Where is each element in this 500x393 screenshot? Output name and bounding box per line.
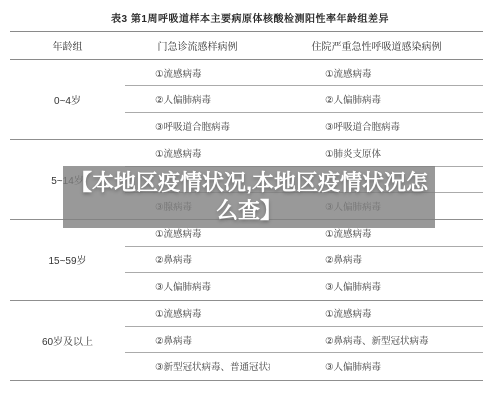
table-cell: ③人偏肺病毒 — [125, 273, 270, 299]
page-title: 表3 第1周呼吸道样本主要病原体核酸检测阳性率年龄组差异 — [0, 10, 500, 25]
table-cell: ③呼吸道合胞病毒 — [125, 113, 270, 139]
age-group-label: 15~59岁 — [10, 220, 125, 299]
age-group-block-15-59: 15~59岁 ①流感病毒 ①流感病毒 ②鼻病毒 ②鼻病毒 ③人偏肺病毒 ③人偏肺… — [10, 220, 483, 300]
table-cell: ②人偏肺病毒 — [270, 86, 483, 112]
table-cell: ①肺炎支原体 — [270, 140, 483, 166]
table-cell: ②鼻病毒、新型冠状病毒 — [270, 327, 483, 353]
table-cell: ①流感病毒 — [125, 60, 270, 86]
table-cell: ③呼吸道合胞病毒 — [270, 113, 483, 139]
watermark-overlay: 【本地区疫情状况,本地区疫情状况怎么查】 — [63, 166, 435, 228]
table-cell: ②鼻病毒 — [125, 327, 270, 353]
table-cell: ①流感病毒 — [125, 301, 270, 327]
table-cell: ①流感病毒 — [270, 60, 483, 86]
column-header-age-group: 年龄组 — [10, 32, 125, 59]
age-group-block-60-plus: 60岁及以上 ①流感病毒 ①流感病毒 ②鼻病毒 ②鼻病毒、新型冠状病毒 ③新型冠… — [10, 301, 483, 381]
table-cell: ③人偏肺病毒 — [270, 353, 483, 379]
report-page: 表3 第1周呼吸道样本主要病原体核酸检测阳性率年龄组差异 年龄组 门急诊流感样病… — [0, 0, 500, 393]
table-cell: ③新型冠状病毒、普通冠状病毒 — [125, 353, 270, 379]
table-cell: ①流感病毒 — [270, 301, 483, 327]
column-header-outpatient-ili: 门急诊流感样病例 — [125, 32, 270, 59]
age-group-block-0-4: 0~4岁 ①流感病毒 ①流感病毒 ②人偏肺病毒 ②人偏肺病毒 ③呼吸道合胞病毒 … — [10, 60, 483, 140]
table-cell: ②鼻病毒 — [125, 247, 270, 273]
table-cell: ③人偏肺病毒 — [270, 273, 483, 299]
table-cell: ②鼻病毒 — [270, 247, 483, 273]
age-group-label: 0~4岁 — [10, 60, 125, 139]
age-group-label: 60岁及以上 — [10, 301, 125, 380]
column-header-hospitalized-sari: 住院严重急性呼吸道感染病例 — [270, 32, 483, 59]
table-cell: ②人偏肺病毒 — [125, 86, 270, 112]
table-header-row: 年龄组 门急诊流感样病例 住院严重急性呼吸道感染病例 — [10, 31, 483, 60]
table-cell: ①流感病毒 — [125, 140, 270, 166]
watermark-text: 【本地区疫情状况,本地区疫情状况怎么查】 — [63, 169, 435, 225]
